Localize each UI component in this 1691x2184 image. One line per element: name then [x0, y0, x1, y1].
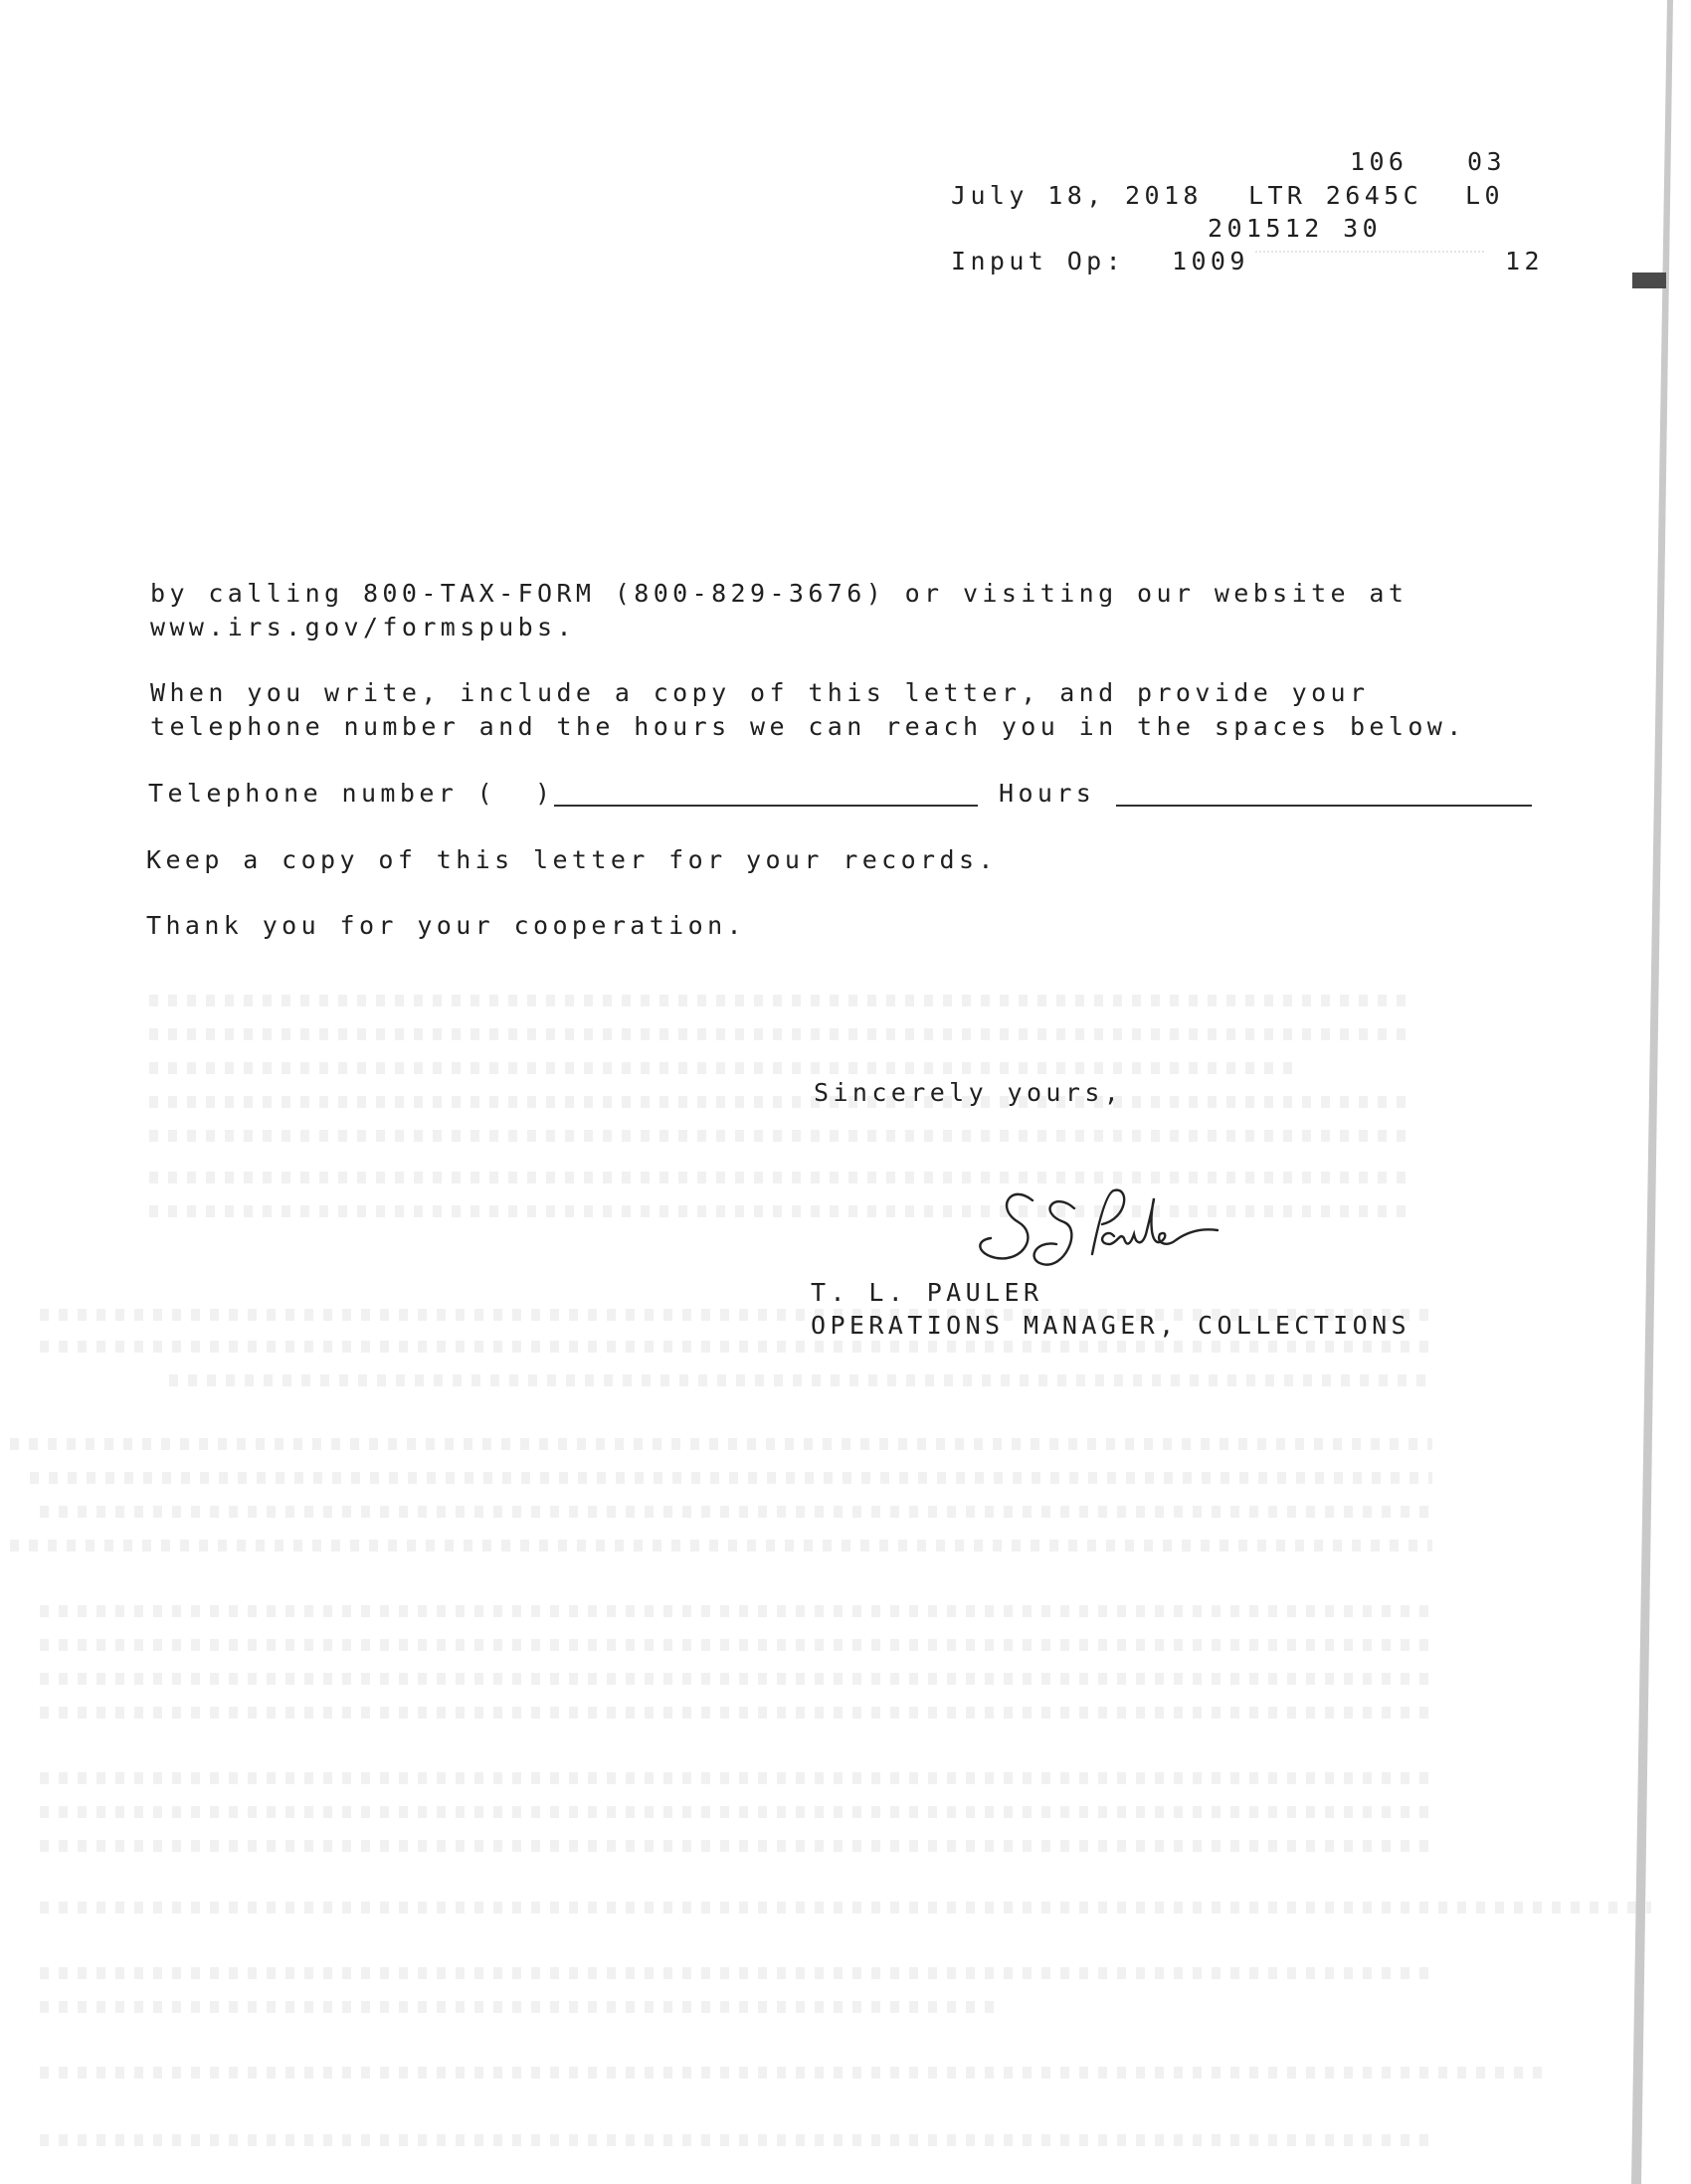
bleed-through-line [40, 1806, 1432, 1818]
header-code-12: 12 [1505, 245, 1544, 277]
keep-copy-text: Keep a copy of this letter for your reco… [146, 843, 998, 876]
bleed-through-line [40, 1772, 1432, 1784]
paragraph-forms-line-2: www.irs.gov/formspubs. [150, 611, 576, 643]
bleed-through-line [40, 1341, 1432, 1353]
bleed-through-line [40, 1902, 1651, 1913]
input-op-value: 1009 [1172, 245, 1249, 277]
bleed-through-line [149, 1028, 1412, 1040]
bleed-through-line [40, 1707, 1432, 1719]
paragraph-forms-line-1: by calling 800-TAX-FORM (800-829-3676) o… [150, 577, 1408, 610]
paragraph-write-line-1: When you write, include a copy of this l… [150, 676, 1369, 709]
bleed-through-line [40, 2001, 995, 2013]
bleed-through-line [40, 1673, 1432, 1685]
bleed-through-line [30, 1472, 1432, 1484]
bleed-through-line [40, 1840, 1432, 1852]
bleed-through-line [169, 1374, 1432, 1386]
hours-label: Hours [999, 777, 1095, 810]
hours-field[interactable] [1116, 805, 1532, 807]
letter-page: 106 03 July 18, 2018 LTR 2645C L0 201512… [0, 0, 1691, 2184]
tax-period: 201512 30 [1208, 212, 1382, 245]
telephone-label: Telephone number ( ) [148, 777, 554, 810]
signer-title: OPERATIONS MANAGER, COLLECTIONS [811, 1309, 1410, 1342]
header-code-106: 106 [1350, 145, 1408, 178]
telephone-number-field[interactable] [554, 805, 978, 807]
letter-number: LTR 2645C [1248, 179, 1422, 212]
header-code-03: 03 [1467, 145, 1506, 178]
bleed-through-line [40, 1967, 1432, 1979]
signature-image [915, 1179, 1233, 1278]
thanks-text: Thank you for your cooperation. [146, 909, 746, 942]
letter-date: July 18, 2018 [951, 179, 1203, 212]
bleed-through-line [40, 2134, 1432, 2146]
signer-name: T. L. PAULER [811, 1276, 1042, 1309]
bleed-through-line [10, 1438, 1432, 1450]
header-code-l0: L0 [1465, 179, 1504, 212]
closing-salutation: Sincerely yours, [814, 1076, 1123, 1109]
bleed-through-line [40, 1605, 1432, 1617]
input-op-label: Input Op: [951, 245, 1125, 277]
bleed-through-line [149, 1096, 1412, 1108]
bleed-through-line [40, 2067, 1552, 2079]
bleed-through-line [149, 1130, 1412, 1142]
paragraph-write-line-2: telephone number and the hours we can re… [150, 710, 1466, 743]
bleed-through-line [40, 1506, 1432, 1518]
redaction-mark [1255, 251, 1484, 255]
bleed-through-line [149, 1062, 1293, 1074]
bleed-through-line [40, 1639, 1432, 1651]
bleed-through-line [10, 1540, 1432, 1551]
scan-edge-mark [1632, 273, 1666, 288]
bleed-through-line [149, 995, 1412, 1006]
